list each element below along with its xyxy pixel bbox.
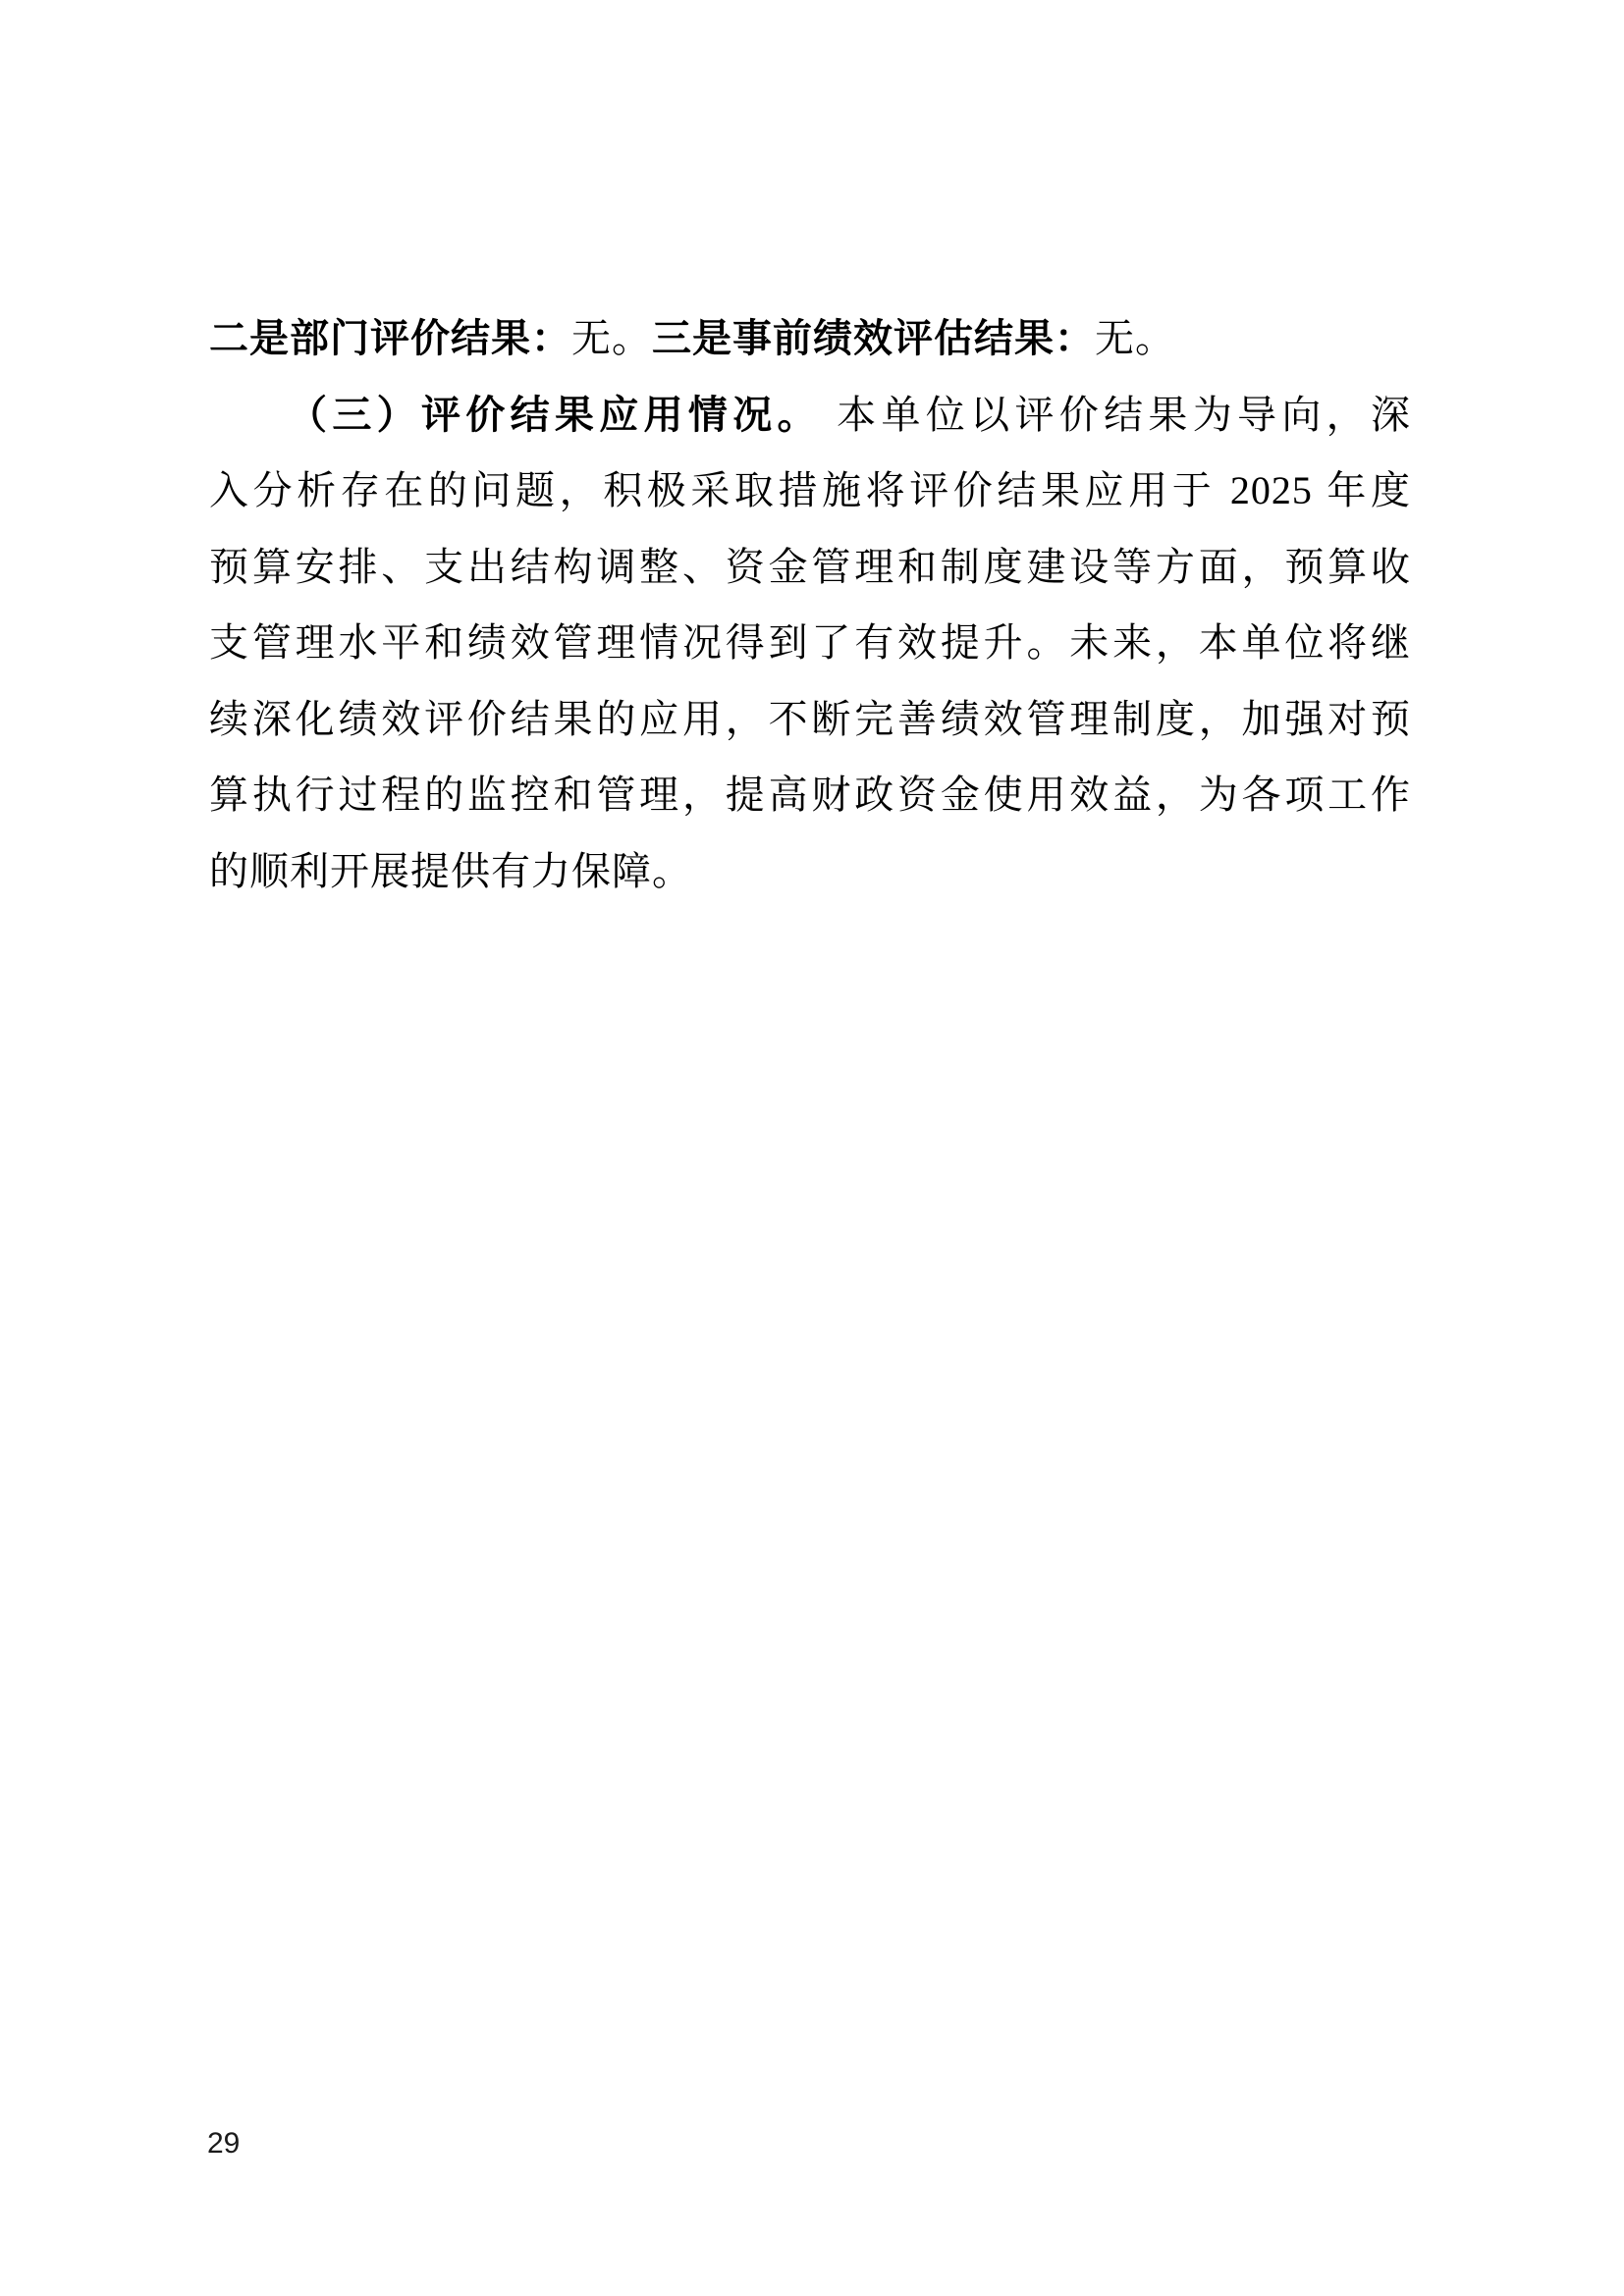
text-line-6: 续深化绩效评价结果的应用，不断完善绩效管理制度，加强对预 xyxy=(209,681,1411,758)
bold-text-segment: 三是事前绩效评估结果： xyxy=(652,316,1095,360)
bold-text-segment: 二是部门评价结果： xyxy=(209,316,571,360)
text-line-2: （三）评价结果应用情况。 本单位以评价结果为导向，深 xyxy=(209,377,1411,454)
text-segment: 无。 xyxy=(571,316,652,360)
text-segment: 支管理水平和绩效管理情况得到了有效提升。未来，本单位将继 xyxy=(209,620,1411,665)
document-body: 二是部门评价结果：无。三是事前绩效评估结果：无。（三）评价结果应用情况。 本单位… xyxy=(209,300,1411,909)
text-line-8: 的顺利开展提供有力保障。 xyxy=(209,833,1411,910)
page-footer: 29 xyxy=(207,2126,240,2165)
text-line-1: 二是部门评价结果：无。三是事前绩效评估结果：无。 xyxy=(209,300,1411,377)
text-segment: 入分析存在的问题，积极采取措施将评价结果应用于 2025 年度 xyxy=(209,468,1411,512)
text-segment: 的顺利开展提供有力保障。 xyxy=(209,849,692,893)
text-segment: 预算安排、支出结构调整、资金管理和制度建设等方面，预算收 xyxy=(209,545,1411,589)
bold-text-segment: （三）评价结果应用情况。 xyxy=(288,393,822,437)
text-segment: 续深化绩效评价结果的应用，不断完善绩效管理制度，加强对预 xyxy=(209,697,1411,741)
text-line-5: 支管理水平和绩效管理情况得到了有效提升。未来，本单位将继 xyxy=(209,605,1411,681)
text-segment: 无。 xyxy=(1095,316,1175,360)
page-number: 29 xyxy=(207,2127,240,2160)
text-segment: 算执行过程的监控和管理，提高财政资金使用效益，为各项工作 xyxy=(209,773,1411,817)
document-page: 二是部门评价结果：无。三是事前绩效评估结果：无。（三）评价结果应用情况。 本单位… xyxy=(0,0,1624,2296)
text-segment: 本单位以评价结果为导向，深 xyxy=(822,393,1411,437)
text-line-3: 入分析存在的问题，积极采取措施将评价结果应用于 2025 年度 xyxy=(209,453,1411,529)
text-line-7: 算执行过程的监控和管理，提高财政资金使用效益，为各项工作 xyxy=(209,757,1411,833)
text-line-4: 预算安排、支出结构调整、资金管理和制度建设等方面，预算收 xyxy=(209,529,1411,606)
